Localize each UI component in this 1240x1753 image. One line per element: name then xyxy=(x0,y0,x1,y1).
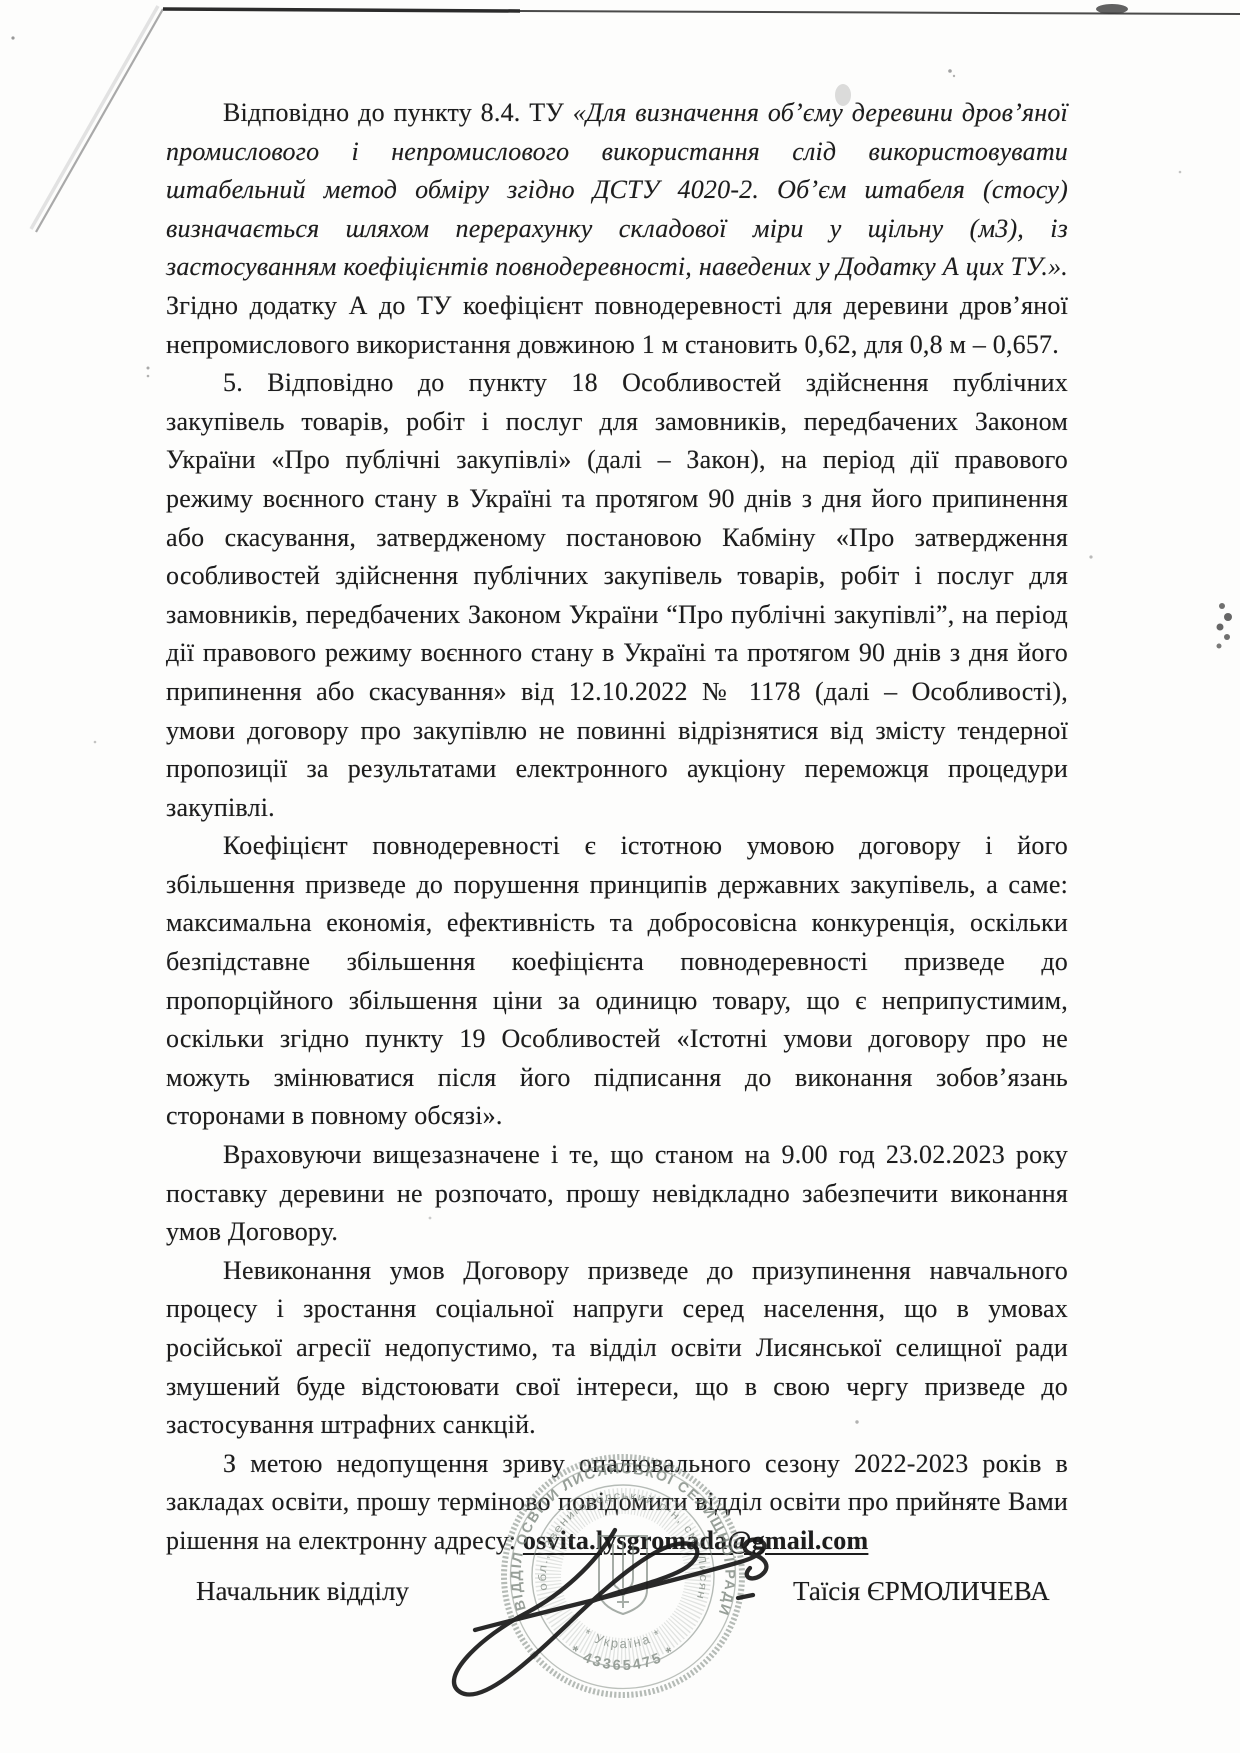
paragraph-1-tail: Згідно додатку А до ТУ коефіцієнт повнод… xyxy=(166,291,1068,359)
paragraph-5: Невиконання умов Договору призведе до пр… xyxy=(166,1252,1068,1445)
signature-dash xyxy=(738,1595,753,1598)
handwritten-signature xyxy=(415,1505,805,1715)
paragraph-2: 5. Відповідно до пункту 18 Особливостей … xyxy=(166,364,1068,827)
page-top-edge xyxy=(520,11,1240,14)
paragraph-1-lead: Відповідно до пункту 8.4. ТУ xyxy=(223,98,573,127)
paragraph-1: Відповідно до пункту 8.4. ТУ «Для визнач… xyxy=(166,94,1068,364)
fold-crease-highlight xyxy=(31,6,158,229)
paragraph-4: Враховуючи вищезазначене і те, що станом… xyxy=(166,1136,1068,1252)
signer-position-title: Начальник відділу xyxy=(196,1576,409,1607)
top-right-smudge xyxy=(1096,4,1128,14)
scanned-letter-page: Відповідно до пункту 8.4. ТУ «Для визнач… xyxy=(0,0,1240,1753)
fold-crease-line xyxy=(36,9,163,232)
right-edge-ink-blob xyxy=(1217,603,1233,649)
signer-name: Таїсія ЄРМОЛИЧЕВА xyxy=(793,1576,1050,1607)
letter-body: Відповідно до пункту 8.4. ТУ «Для визнач… xyxy=(166,94,1068,1561)
paragraph-3: Коефіцієнт повнодеревності є істотною ум… xyxy=(166,827,1068,1136)
page-top-edge-dark xyxy=(163,9,520,11)
